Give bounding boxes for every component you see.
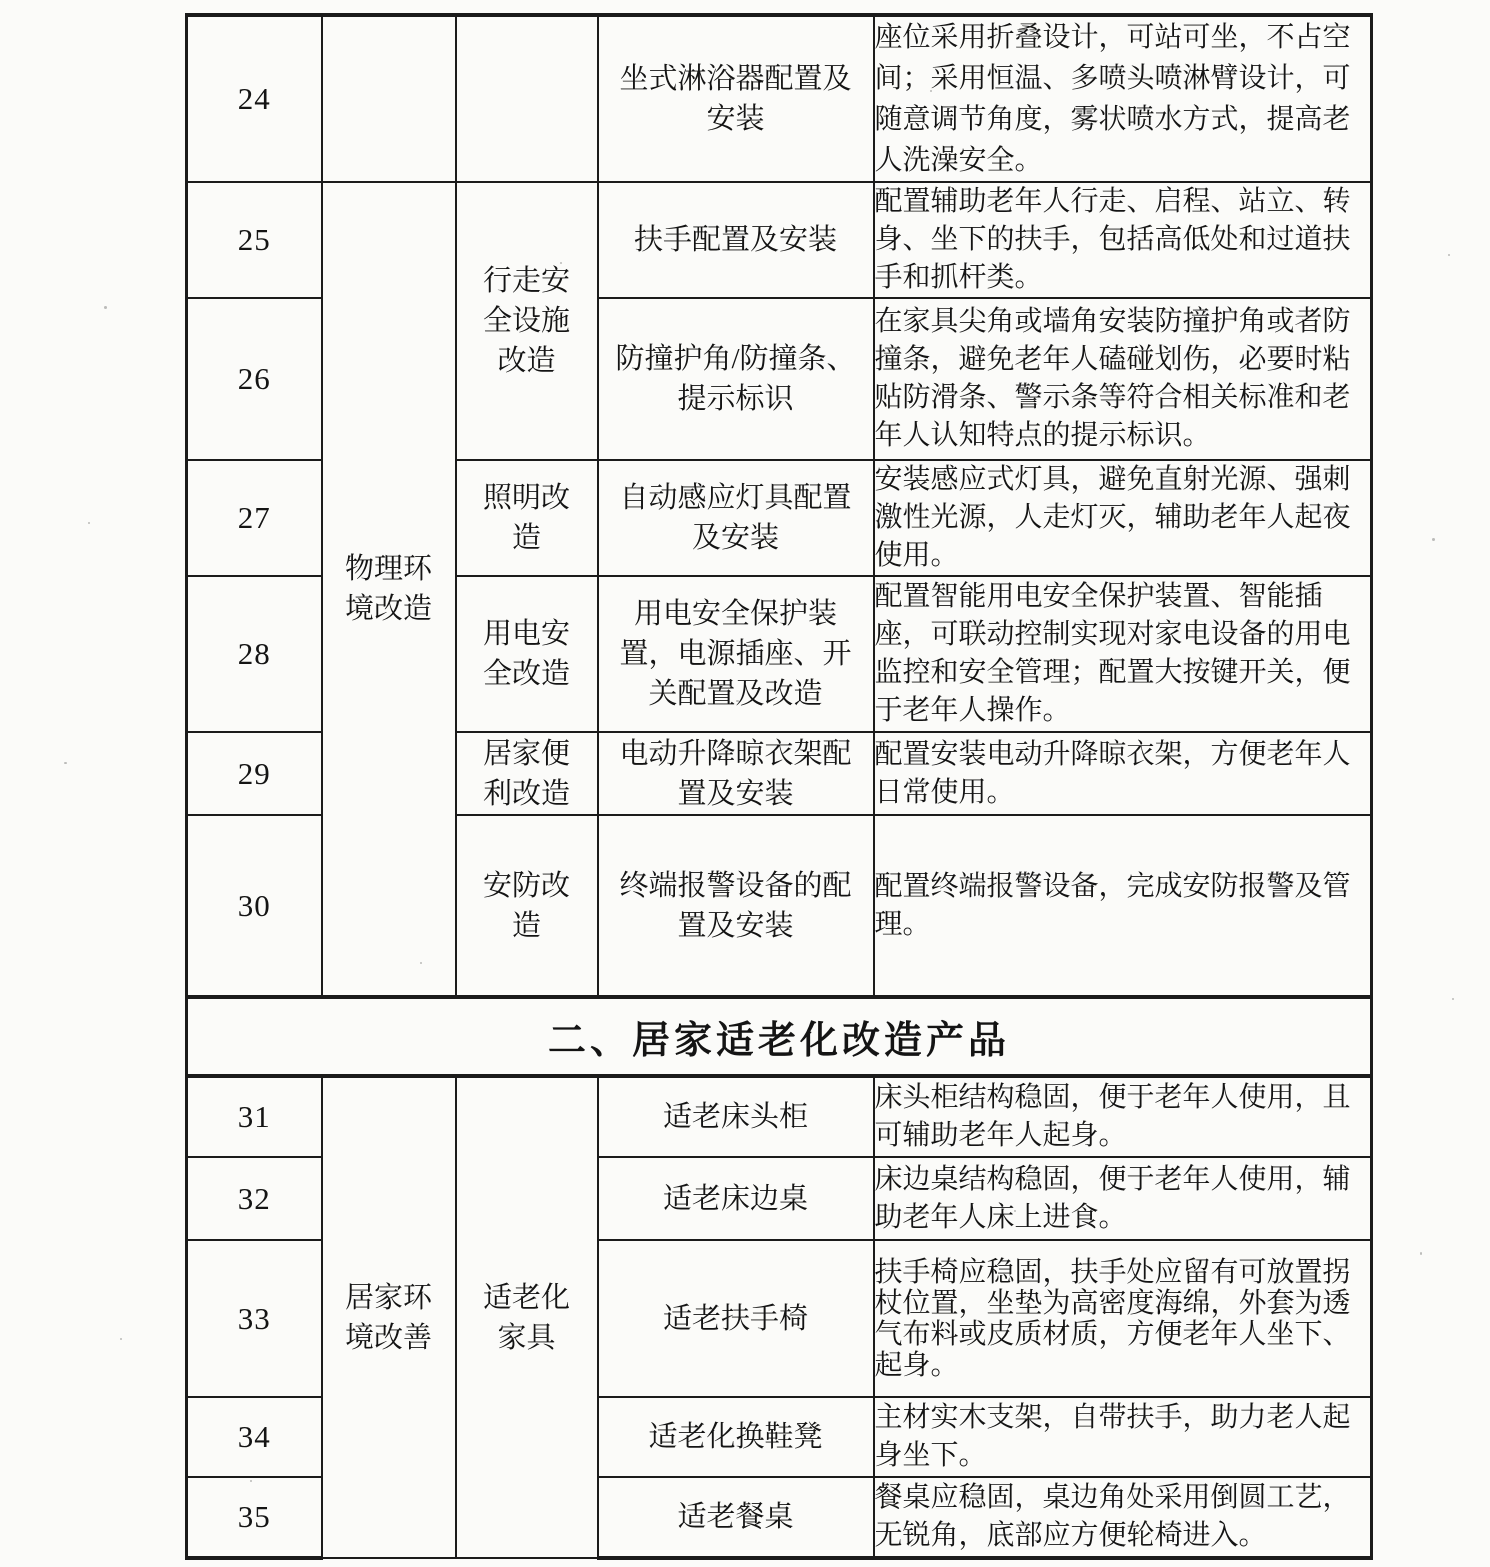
item-name: 电动升降晾衣架配 置及安装 — [598, 732, 874, 815]
item-description: 扶手椅应稳固，扶手处应留有可放置拐杖位置，坐垫为高密度海绵，外套为透气布料或皮质… — [874, 1240, 1372, 1397]
item-name: 扶手配置及安装 — [598, 182, 874, 298]
item-description: 配置辅助老年人行走、启程、站立、转身、坐下的扶手，包括高低处和过道扶手和抓杆类。 — [874, 182, 1372, 298]
item-description: 床头柜结构稳固，便于老年人使用，且可辅助老年人起身。 — [874, 1076, 1372, 1157]
subcategory-electrical-safety: 用电安 全改造 — [456, 576, 598, 732]
item-description: 座位采用折叠设计，可站可坐，不占空间；采用恒温、多喷头喷淋臂设计，可随意调节角度… — [874, 15, 1372, 182]
scan-speckle — [120, 1338, 122, 1340]
item-name: 防撞护角/防撞条、 提示标识 — [598, 298, 874, 460]
item-name: 适老床头柜 — [598, 1076, 874, 1157]
row-number: 31 — [187, 1076, 322, 1157]
item-description: 配置智能用电安全保护装置、智能插座，可联动控制实现对家电设备的用电监控和安全管理… — [874, 576, 1372, 732]
item-description: 餐桌应稳固，桌边角处采用倒圆工艺，无锐角，底部应方便轮椅进入。 — [874, 1477, 1372, 1558]
row-number: 27 — [187, 460, 322, 576]
subcategory-walking-safety: 行走安 全设施 改造 — [456, 182, 598, 460]
item-name: 自动感应灯具配置 及安装 — [598, 460, 874, 576]
row-number: 33 — [187, 1240, 322, 1397]
row-number: 24 — [187, 15, 322, 182]
category-home-environment: 居家环 境改善 — [322, 1076, 456, 1558]
subcategory-security: 安防改 造 — [456, 815, 598, 997]
row-number: 32 — [187, 1157, 322, 1240]
item-description: 安装感应式灯具，避免直射光源、强刺激性光源，人走灯灭，辅助老年人起夜使用。 — [874, 460, 1372, 576]
scanned-document-page: 24 坐式淋浴器配置及 安装 座位采用折叠设计，可站可坐，不占空间；采用恒温、多… — [0, 0, 1490, 1567]
item-description: 主材实木支架，自带扶手，助力老人起身坐下。 — [874, 1397, 1372, 1477]
row-number: 30 — [187, 815, 322, 997]
item-name: 适老扶手椅 — [598, 1240, 874, 1397]
item-description: 床边桌结构稳固，便于老年人使用，辅助老年人床上进食。 — [874, 1157, 1372, 1240]
item-name: 终端报警设备的配 置及安装 — [598, 815, 874, 997]
scan-speckle — [1452, 998, 1454, 1000]
scan-speckle — [88, 522, 90, 524]
item-name: 坐式淋浴器配置及 安装 — [598, 15, 874, 182]
item-description: 在家具尖角或墙角安装防撞护角或者防撞条，避免老年人磕碰划伤，必要时粘贴防滑条、警… — [874, 298, 1372, 460]
row-number: 26 — [187, 298, 322, 460]
scan-speckle — [1420, 1252, 1422, 1255]
subcategory-home-convenience: 居家便 利改造 — [456, 732, 598, 815]
row-number: 25 — [187, 182, 322, 298]
row-number: 34 — [187, 1397, 322, 1477]
category-physical-environment: 物理环 境改造 — [322, 182, 456, 997]
scan-speckle — [104, 306, 107, 309]
section-header-row: 二、居家适老化改造产品 — [187, 997, 1372, 1076]
row-number: 29 — [187, 732, 322, 815]
table-row-25: 25 物理环 境改造 行走安 全设施 改造 扶手配置及安装 配置辅助老年人行走、… — [187, 182, 1372, 298]
row-number: 28 — [187, 576, 322, 732]
scan-speckle — [1432, 538, 1435, 541]
section-title: 二、居家适老化改造产品 — [187, 997, 1372, 1076]
subcategory-elderly-furniture: 适老化 家具 — [456, 1076, 598, 1558]
item-name: 适老床边桌 — [598, 1157, 874, 1240]
row-number: 35 — [187, 1477, 322, 1558]
table-row-24: 24 坐式淋浴器配置及 安装 座位采用折叠设计，可站可坐，不占空间；采用恒温、多… — [187, 15, 1372, 182]
subcategory-cell-empty — [456, 15, 598, 182]
item-name: 适老化换鞋凳 — [598, 1397, 874, 1477]
scan-speckle — [64, 762, 67, 764]
table-row-31: 31 居家环 境改善 适老化 家具 适老床头柜 床头柜结构稳固，便于老年人使用，… — [187, 1076, 1372, 1157]
category-cell-empty — [322, 15, 456, 182]
scan-speckle — [1448, 254, 1450, 256]
table-wrapper: 24 坐式淋浴器配置及 安装 座位采用折叠设计，可站可坐，不占空间；采用恒温、多… — [185, 13, 1370, 1560]
item-description: 配置安装电动升降晾衣架，方便老年人日常使用。 — [874, 732, 1372, 815]
subcategory-lighting: 照明改 造 — [456, 460, 598, 576]
item-description: 配置终端报警设备，完成安防报警及管理。 — [874, 815, 1372, 997]
renovation-items-table: 24 坐式淋浴器配置及 安装 座位采用折叠设计，可站可坐，不占空间；采用恒温、多… — [185, 13, 1373, 1560]
item-name: 用电安全保护装 置，电源插座、开 关配置及改造 — [598, 576, 874, 732]
item-name: 适老餐桌 — [598, 1477, 874, 1558]
